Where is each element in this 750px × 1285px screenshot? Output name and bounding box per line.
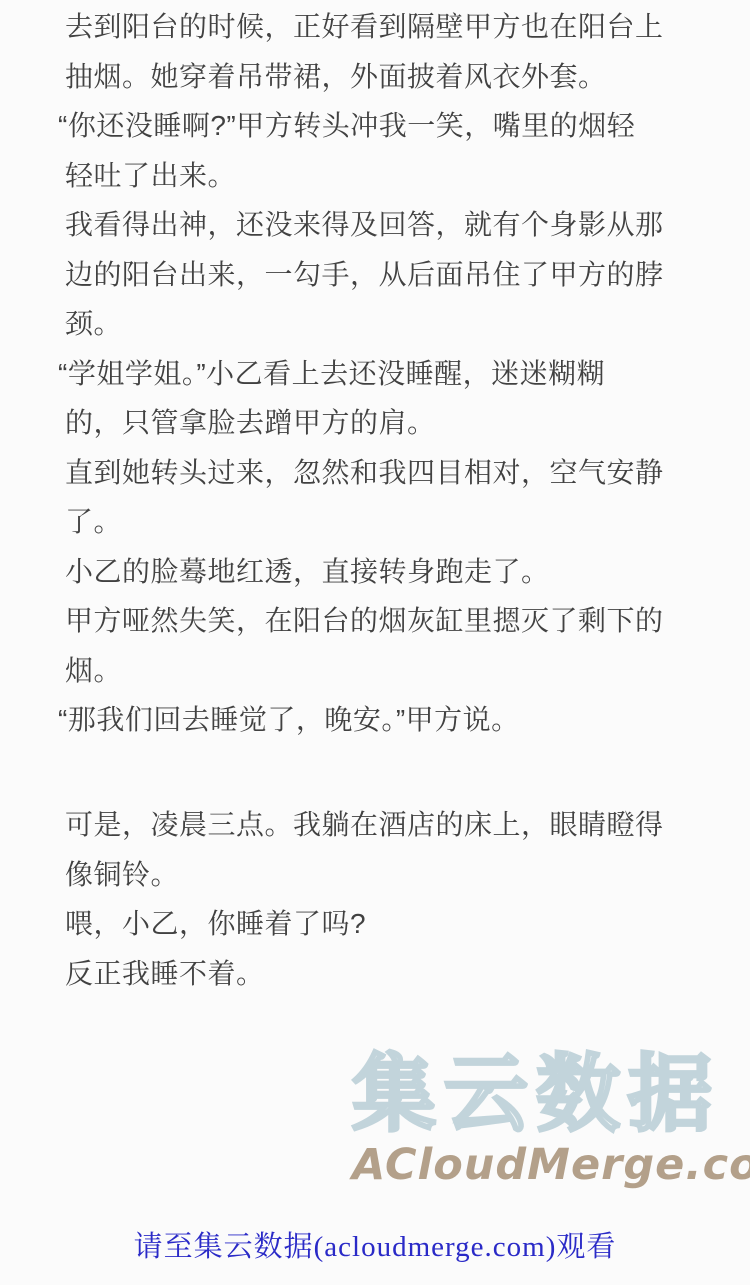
story-line: 的，只管拿脸去蹭甲方的肩。 <box>65 398 735 448</box>
story-line: 去到阳台的时候，正好看到隔壁甲方也在阳台上 <box>65 2 735 52</box>
reader-source-link[interactable]: 请至集云数据(acloudmerge.com)观看 <box>0 1226 750 1268</box>
story-line: “你还没睡啊?”甲方转头冲我一笑，嘴里的烟轻 <box>58 101 735 151</box>
story-line: 反正我睡不着。 <box>65 949 735 999</box>
story-line: 抽烟。她穿着吊带裙，外面披着风衣外套。 <box>65 52 735 102</box>
story-line: 颈。 <box>65 299 735 349</box>
watermark-brand-latin: ACloudMerge.com <box>352 1142 750 1188</box>
story-line: 我看得出神，还没来得及回答，就有个身影从那 <box>65 200 735 250</box>
story-line: 边的阳台出来，一勾手，从后面吊住了甲方的脖 <box>65 250 735 300</box>
story-line: 可是，凌晨三点。我躺在酒店的床上，眼睛瞪得 <box>65 800 735 850</box>
reader-page: 去到阳台的时候，正好看到隔壁甲方也在阳台上 抽烟。她穿着吊带裙，外面披着风衣外套… <box>0 0 750 1285</box>
watermark-brand-cjk: 集云数据 <box>352 1048 750 1140</box>
story-line: 烟。 <box>65 646 735 696</box>
story-line: 直到她转头过来，忽然和我四目相对，空气安静 <box>65 448 735 498</box>
story-line: 轻吐了出来。 <box>65 151 735 201</box>
story-line: “学姐学姐。”小乙看上去还没睡醒，迷迷糊糊 <box>58 349 735 399</box>
story-line: 甲方哑然失笑，在阳台的烟灰缸里摁灭了剩下的 <box>65 596 735 646</box>
story-line: 小乙的脸蓦地红透，直接转身跑走了。 <box>65 547 735 597</box>
watermark: 集云数据 ACloudMerge.com <box>352 1048 750 1188</box>
story-text: 去到阳台的时候，正好看到隔壁甲方也在阳台上 抽烟。她穿着吊带裙，外面披着风衣外套… <box>65 2 735 998</box>
story-line: 喂，小乙，你睡着了吗? <box>65 899 735 949</box>
story-line: 像铜铃。 <box>65 850 735 900</box>
story-line: 了。 <box>65 497 735 547</box>
story-line-blank <box>65 745 735 795</box>
story-line: “那我们回去睡觉了，晚安。”甲方说。 <box>58 695 735 745</box>
